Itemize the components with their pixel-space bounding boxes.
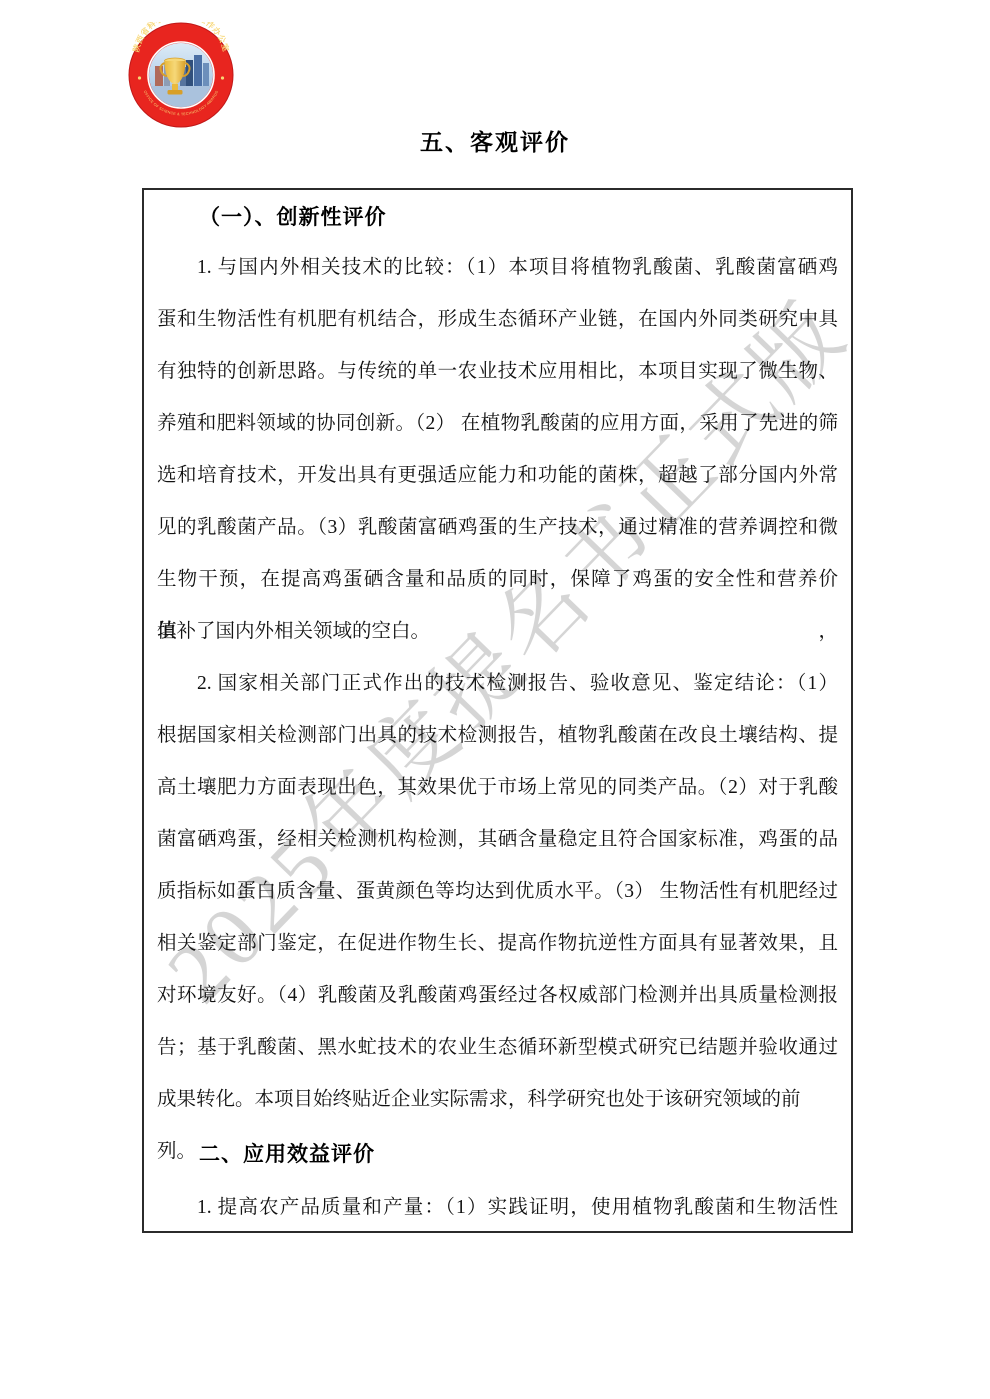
text-line: 2. 国家相关部门正式作出的技术检测报告、验收意见、鉴定结论：（1） (157, 658, 838, 710)
seal-icon: 陕西省科学技术奖励工作办公室 OFFICE OF SCIENCE & TECHN… (128, 22, 234, 128)
text-line: 养殖和肥料领域的协同创新。（2） 在植物乳酸菌的应用方面，采用了先进的筛 (157, 398, 838, 450)
text-line: 蛋和生物活性有机肥有机结合，形成生态循环产业链，在国内外同类研究中具 (157, 294, 838, 346)
text-line: 相关鉴定部门鉴定，在促进作物生长、提高作物抗逆性方面具有显著效果，且 (157, 918, 838, 970)
text-line: 高土壤肥力方面表现出色，其效果优于市场上常见的同类产品。（2）对于乳酸 (157, 762, 838, 814)
text-line: 1. 与国内外相关技术的比较：（1）本项目将植物乳酸菌、乳酸菌富硒鸡 (157, 242, 838, 294)
text-line: 选和培育技术，开发出具有更强适应能力和功能的菌株，超越了部分国内外常 (157, 450, 838, 502)
seal-photo (149, 43, 213, 107)
text-line: 见的乳酸菌产品。（3）乳酸菌富硒鸡蛋的生产技术，通过精准的营养调控和微 (157, 502, 838, 554)
text-line: 对环境友好。（4）乳酸菌及乳酸菌鸡蛋经过各权威部门检测并出具质量检测报 (157, 970, 838, 1022)
text-line: 告；基于乳酸菌、黑水虻技术的农业生态循环新型模式研究已结题并验收通过 (157, 1022, 838, 1074)
text-line: 菌富硒鸡蛋，经相关检测机构检测，其硒含量稳定且符合国家标准，鸡蛋的品 (157, 814, 838, 866)
text-line: 成果转化。本项目始终贴近企业实际需求，科学研究也处于该研究领域的前列。 (157, 1074, 838, 1126)
text-line: 有独特的创新思路。与传统的单一农业技术应用相比，本项目实现了微生物、 (157, 346, 838, 398)
text-line: 1. 提高农产品质量和产量：（1）实践证明，使用植物乳酸菌和生物活性 (157, 1182, 838, 1234)
section1-heading: （一）、创新性评价 (157, 196, 838, 242)
seal-left-star (138, 76, 141, 79)
content-box: （一）、创新性评价 1. 与国内外相关技术的比较：（1）本项目将植物乳酸菌、乳酸… (142, 188, 853, 1233)
section2-heading: 二、应用效益评价 (157, 1126, 838, 1182)
page-title: 五、客观评价 (0, 124, 990, 157)
seal-right-star (221, 76, 224, 79)
organization-seal-logo: 陕西省科学技术奖励工作办公室 OFFICE OF SCIENCE & TECHN… (128, 22, 234, 128)
text-line: 生物干预，在提高鸡蛋硒含量和品质的同时，保障了鸡蛋的安全性和营养价值， (157, 554, 838, 606)
text-line: 质指标如蛋白质含量、蛋黄颜色等均达到优质水平。（3） 生物活性有机肥经过 (157, 866, 838, 918)
text-line: 根据国家相关检测部门出具的技术检测报告，植物乳酸菌在改良土壤结构、提 (157, 710, 838, 762)
